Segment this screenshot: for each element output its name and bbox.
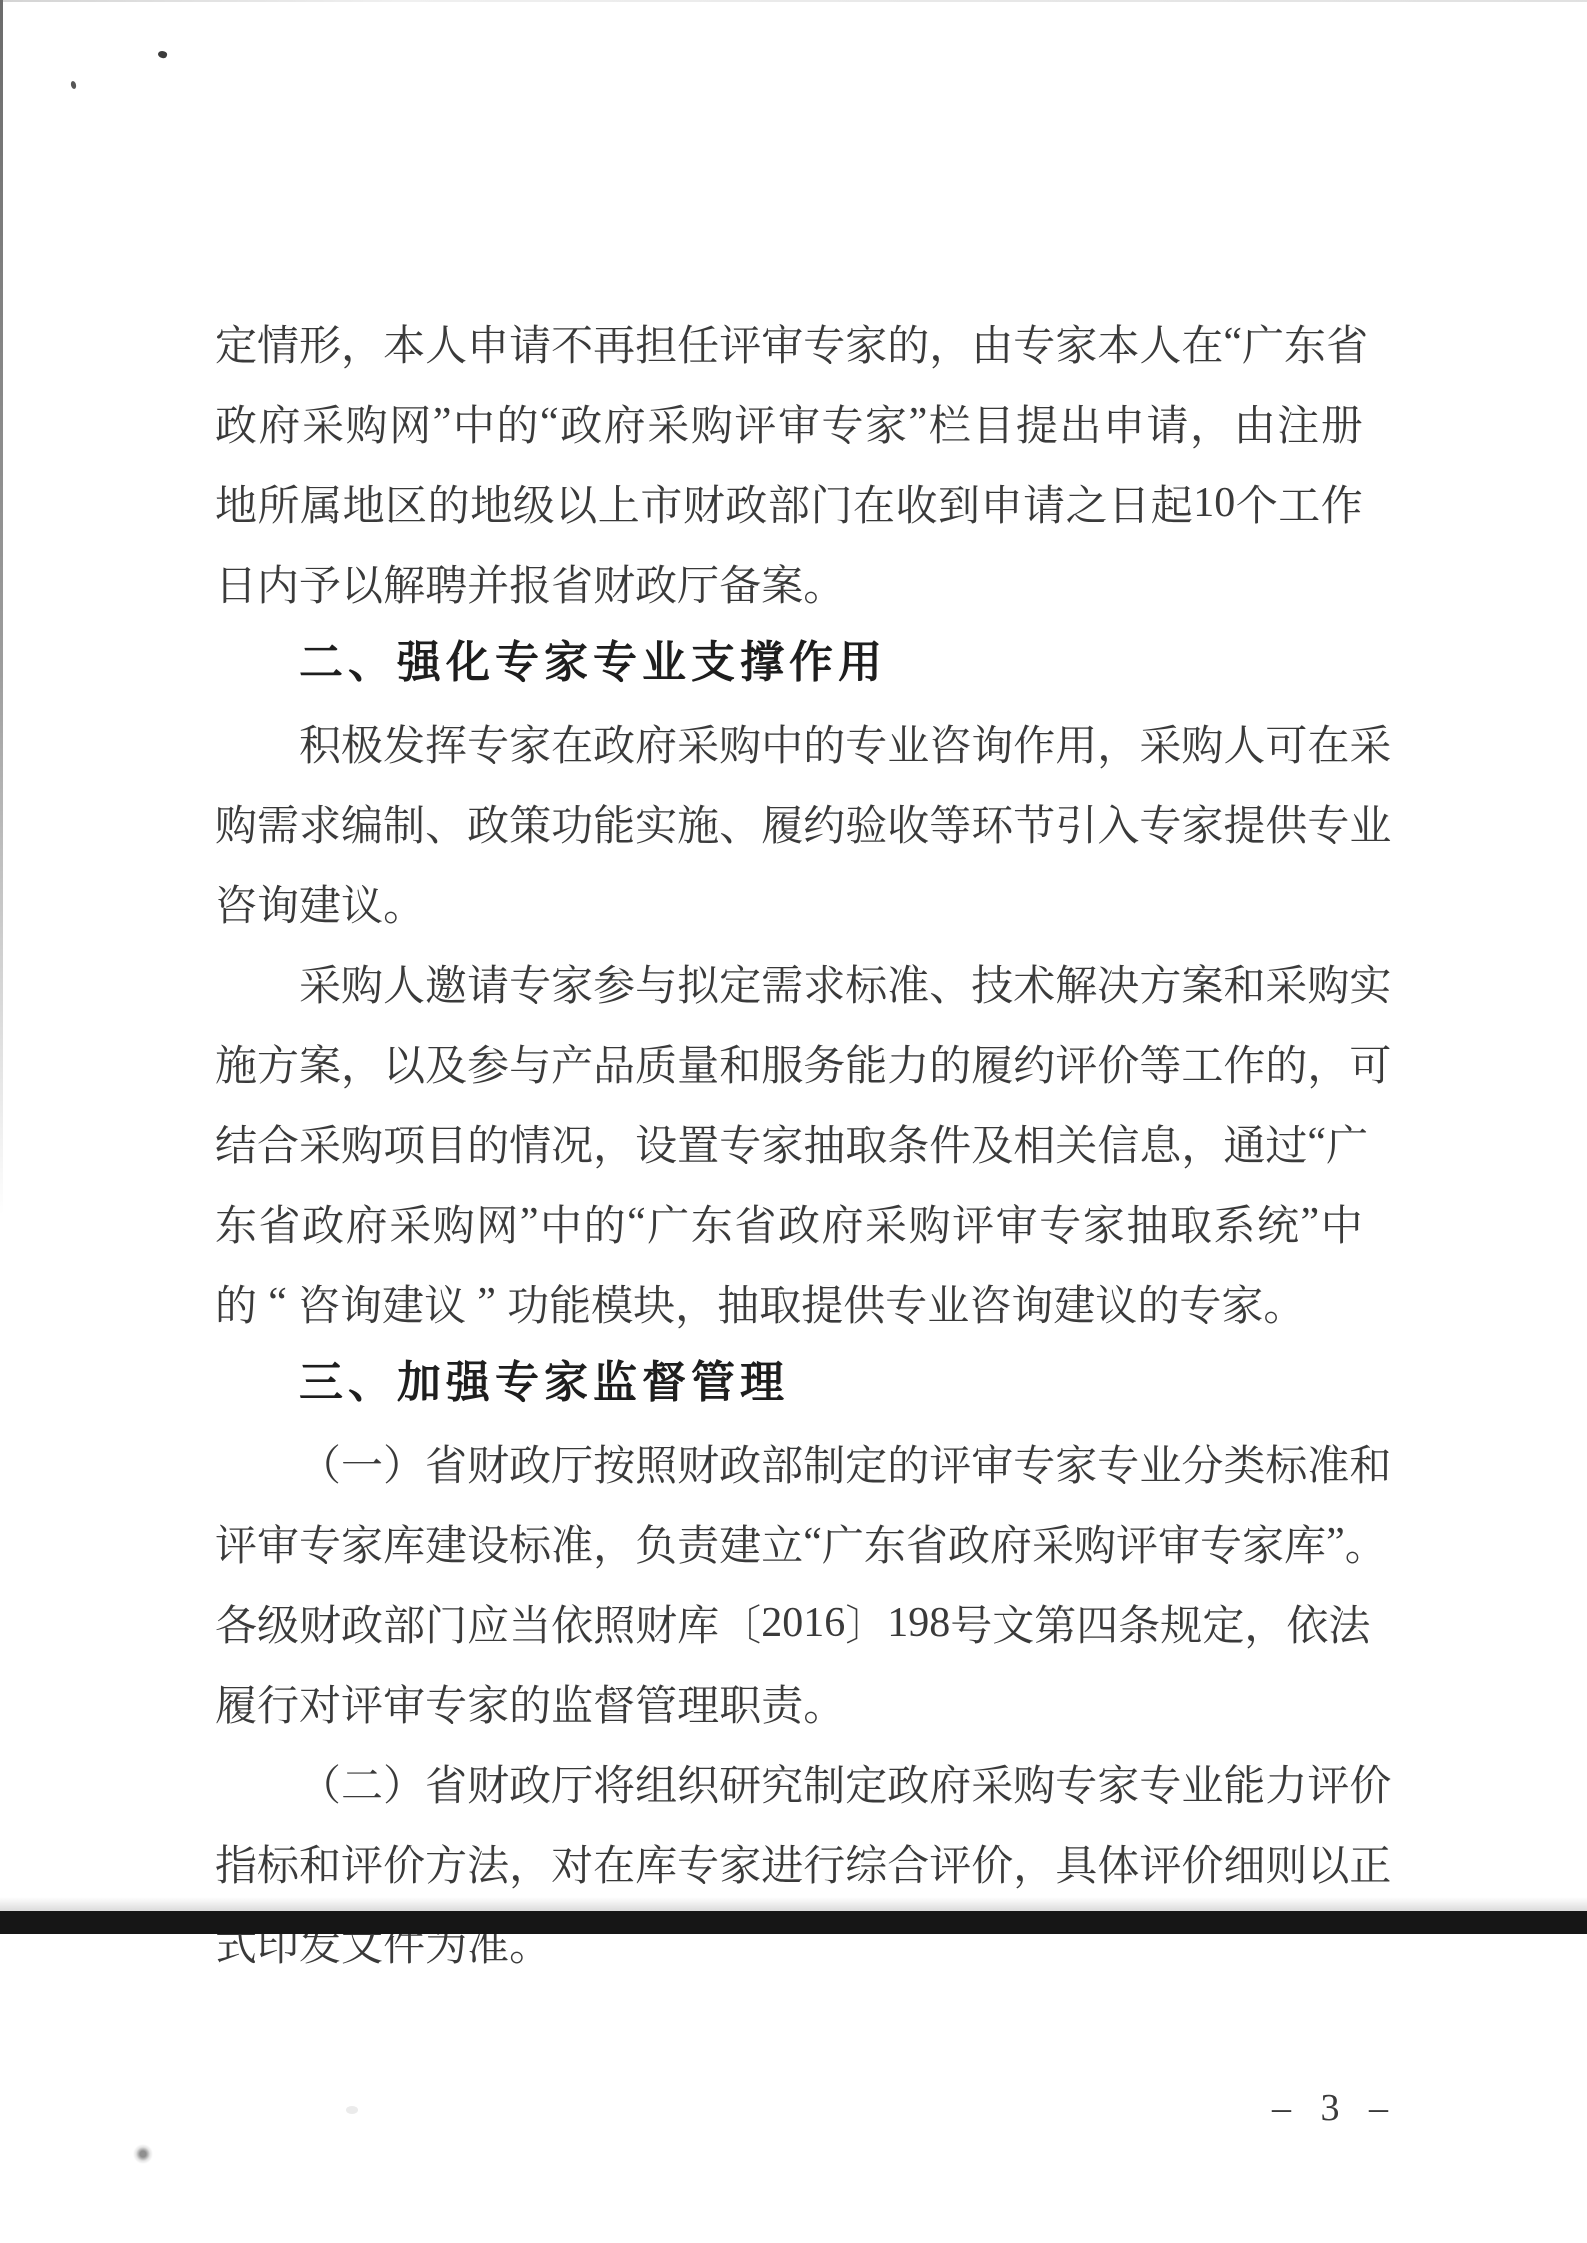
paragraph: （二）省财政厅将组织研究制定政府采购专家专业能力评价指标和评价方法，对在库专家进…: [215, 1743, 1363, 1983]
section-heading: 三、加强专家监督管理: [215, 1343, 1363, 1423]
scan-artifact-left-edge: [0, 0, 3, 1215]
text-line: 结合采购项目的情况，设置专家抽取条件及相关信息，通过“广: [215, 1103, 1363, 1183]
scan-speck: [70, 80, 77, 89]
paragraph: 采购人邀请专家参与拟定需求标准、技术解决方案和采购实施方案，以及参与产品质量和服…: [215, 943, 1363, 1343]
text-line: 定情形，本人申请不再担任评审专家的，由专家本人在“广东省: [215, 303, 1363, 383]
paragraph: （一）省财政厅按照财政部制定的评审专家专业分类标准和评审专家库建设标准，负责建立…: [215, 1423, 1363, 1743]
text-line: 指标和评价方法，对在库专家进行综合评价，具体评价细则以正: [215, 1823, 1363, 1903]
text-line: 履行对评审专家的监督管理职责。: [215, 1663, 1363, 1743]
page-number: – 3 –: [1272, 2086, 1398, 2130]
section-heading: 二、强化专家专业支撑作用: [215, 623, 1363, 703]
paragraph: 定情形，本人申请不再担任评审专家的，由专家本人在“广东省政府采购网”中的“政府采…: [215, 303, 1363, 623]
document-page: 定情形，本人申请不再担任评审专家的，由专家本人在“广东省政府采购网”中的“政府采…: [0, 0, 1587, 2243]
scan-speck: [132, 2144, 154, 2164]
text-line: 采购人邀请专家参与拟定需求标准、技术解决方案和采购实: [215, 943, 1363, 1023]
text-line: 日内予以解聘并报省财政厅备案。: [215, 543, 1363, 623]
black-scan-bar: [0, 1911, 1587, 1934]
text-line: 评审专家库建设标准，负责建立“广东省政府采购评审专家库”。: [215, 1503, 1363, 1583]
paragraph: 积极发挥专家在政府采购中的专业咨询作用，采购人可在采购需求编制、政策功能实施、履…: [215, 703, 1363, 943]
text-line: （一）省财政厅按照财政部制定的评审专家专业分类标准和: [215, 1423, 1363, 1503]
text-line: 东省政府采购网”中的“广东省政府采购评审专家抽取系统”中: [215, 1183, 1363, 1263]
text-line: 政府采购网”中的“政府采购评审专家”栏目提出申请，由注册: [215, 383, 1363, 463]
text-line: 的“咨询建议”功能模块，抽取提供专业咨询建议的专家。: [215, 1263, 1363, 1343]
text-line: 积极发挥专家在政府采购中的专业咨询作用，采购人可在采: [215, 703, 1363, 783]
text-line: 施方案，以及参与产品质量和服务能力的履约评价等工作的，可: [215, 1023, 1363, 1103]
scan-smear: [0, 1897, 1587, 1911]
scan-speck: [346, 2106, 358, 2114]
text-line: （二）省财政厅将组织研究制定政府采购专家专业能力评价: [215, 1743, 1363, 1823]
text-line: 购需求编制、政策功能实施、履约验收等环节引入专家提供专业: [215, 783, 1363, 863]
document-body: 定情形，本人申请不再担任评审专家的，由专家本人在“广东省政府采购网”中的“政府采…: [215, 303, 1363, 1983]
text-line: 咨询建议。: [215, 863, 1363, 943]
text-line: 地所属地区的地级以上市财政部门在收到申请之日起10个工作: [215, 463, 1363, 543]
scan-speck: [157, 50, 168, 60]
scan-artifact-top-edge: [0, 0, 1587, 2]
text-line: 各级财政部门应当依照财库〔2016〕198号文第四条规定，依法: [215, 1583, 1363, 1663]
